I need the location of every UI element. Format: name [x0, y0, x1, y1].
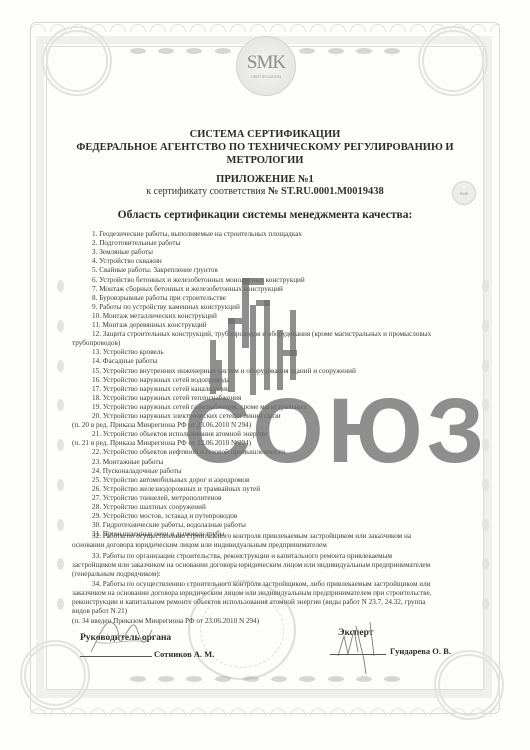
scope-list-item: трубопроводов) [72, 339, 120, 348]
scope-list-item: 29. Устройство мостов, эстакад и путепро… [92, 512, 237, 521]
scope-list-item: 26. Устройство железнодорожных и трамвай… [92, 485, 260, 494]
scope-list-item: 12. Защита строительных конструкций, тру… [92, 330, 431, 339]
scope-list-item: 17. Устройство наружных сетей канализаци… [92, 385, 230, 394]
scope-list-item: 21. Устройство объектов использования ат… [92, 430, 267, 439]
logo-subtext: CERTIFICATION [251, 74, 281, 79]
corner-ornament-icon [20, 640, 90, 710]
agency-title-cont: МЕТРОЛОГИИ [60, 154, 470, 167]
scope-list-item: 30. Гидротехнические работы, водолазные … [92, 521, 246, 530]
frame-dots-left [57, 280, 67, 610]
round-stamp [188, 580, 296, 680]
corner-ornament-icon [434, 650, 504, 720]
scope-list-item: 19. Устройство наружных сетей газоснабже… [92, 403, 307, 412]
scope-list-item: 28. Устройство шахтных сооружений [92, 503, 206, 512]
corner-ornament-icon [418, 26, 488, 96]
scope-list-item: 13. Устройство кровель [92, 348, 164, 357]
expert-signature-icon [330, 616, 390, 676]
agency-title: ФЕДЕРАЛЬНОЕ АГЕНТСТВО ПО ТЕХНИЧЕСКОМУ РЕ… [60, 141, 470, 154]
scope-list-item: 15. Устройство внутренних инженерных сис… [92, 367, 356, 376]
frame-dots-bottom [130, 676, 400, 684]
item-32-cont: основании договора юридическим лицом или… [72, 541, 327, 551]
cert-number: № ST.RU.0001.M0019438 [268, 186, 384, 197]
logo-text: SMK [247, 53, 285, 72]
system-title: СИСТЕМА СЕРТИФИКАЦИИ [60, 128, 470, 141]
scope-list-item: 7. Монтаж сборных бетонных и железобетон… [92, 285, 283, 294]
scope-list-item: 16. Устройство наружных сетей водопровод… [92, 376, 230, 385]
scope-list-item: 6. Устройство бетонных и железобетонных … [92, 276, 305, 285]
scope-list-item: 8. Буровзрывные работы при строительстве [92, 294, 226, 303]
head-name: Сотников А. М. [154, 649, 214, 659]
scope-list-item: 5. Свайные работы. Закрепление грунтов [92, 266, 218, 275]
frame-dots-right [482, 280, 492, 610]
scope-list-item: 18. Устройство наружных сетей теплоснабж… [92, 394, 241, 403]
scope-list-item: (п. 20 в ред. Приказа Минрегиона РФ от 2… [72, 421, 251, 430]
cert-prefix: к сертификату соответствия [146, 186, 265, 197]
smk-logo: SMK CERTIFICATION [236, 36, 296, 96]
scope-list-item: 9. Работы по устройству каменных констру… [92, 303, 240, 312]
scope-list-item: 11. Монтаж деревянных конструкций [92, 321, 207, 330]
scope-list-item: 10. Монтаж металлических конструкций [92, 312, 217, 321]
certificate-reference: к сертификату соответствия № ST.RU.0001.… [60, 186, 470, 197]
scope-list-item: 27. Устройство тоннелей, метрополитенов [92, 494, 221, 503]
scope-list-item: 20. Устройство наружных электрических се… [92, 412, 281, 421]
appendix-title: ПРИЛОЖЕНИЕ №1 [60, 173, 470, 186]
scope-list-item: 22. Устройство объектов нефтяной и газов… [92, 448, 285, 457]
scope-list-item: 25. Устройство автомобильных дорог и аэр… [92, 476, 249, 485]
expert-name: Гундарева О. В. [390, 646, 451, 656]
scope-list-item: 3. Земляные работы [92, 248, 153, 257]
scope-list-item: 1. Геодезические работы, выполняемые на … [92, 230, 302, 239]
scope-list-item: 4. Устройство скважин [92, 257, 162, 266]
item-33-line3: (генеральным подрядчиком): [72, 570, 161, 580]
head-signature-icon [86, 612, 156, 658]
scope-title: Область сертификации системы менеджмента… [60, 209, 470, 222]
scope-list-item: 24. Пусконаладочные работы [92, 467, 182, 476]
scope-list-item: 2. Подготовительные работы [92, 239, 180, 248]
scope-list-item: (п. 21 в ред. Приказа Минрегиона РФ от 2… [72, 439, 251, 448]
certificate-page: SMK CERTIFICATION SMK СИСТЕМА СЕРТИФИКАЦ… [0, 0, 530, 750]
scope-list-item: 23. Монтажные работы [92, 458, 163, 467]
scope-list-item: 14. Фасадные работы [92, 357, 157, 366]
corner-ornament-icon [42, 26, 112, 96]
